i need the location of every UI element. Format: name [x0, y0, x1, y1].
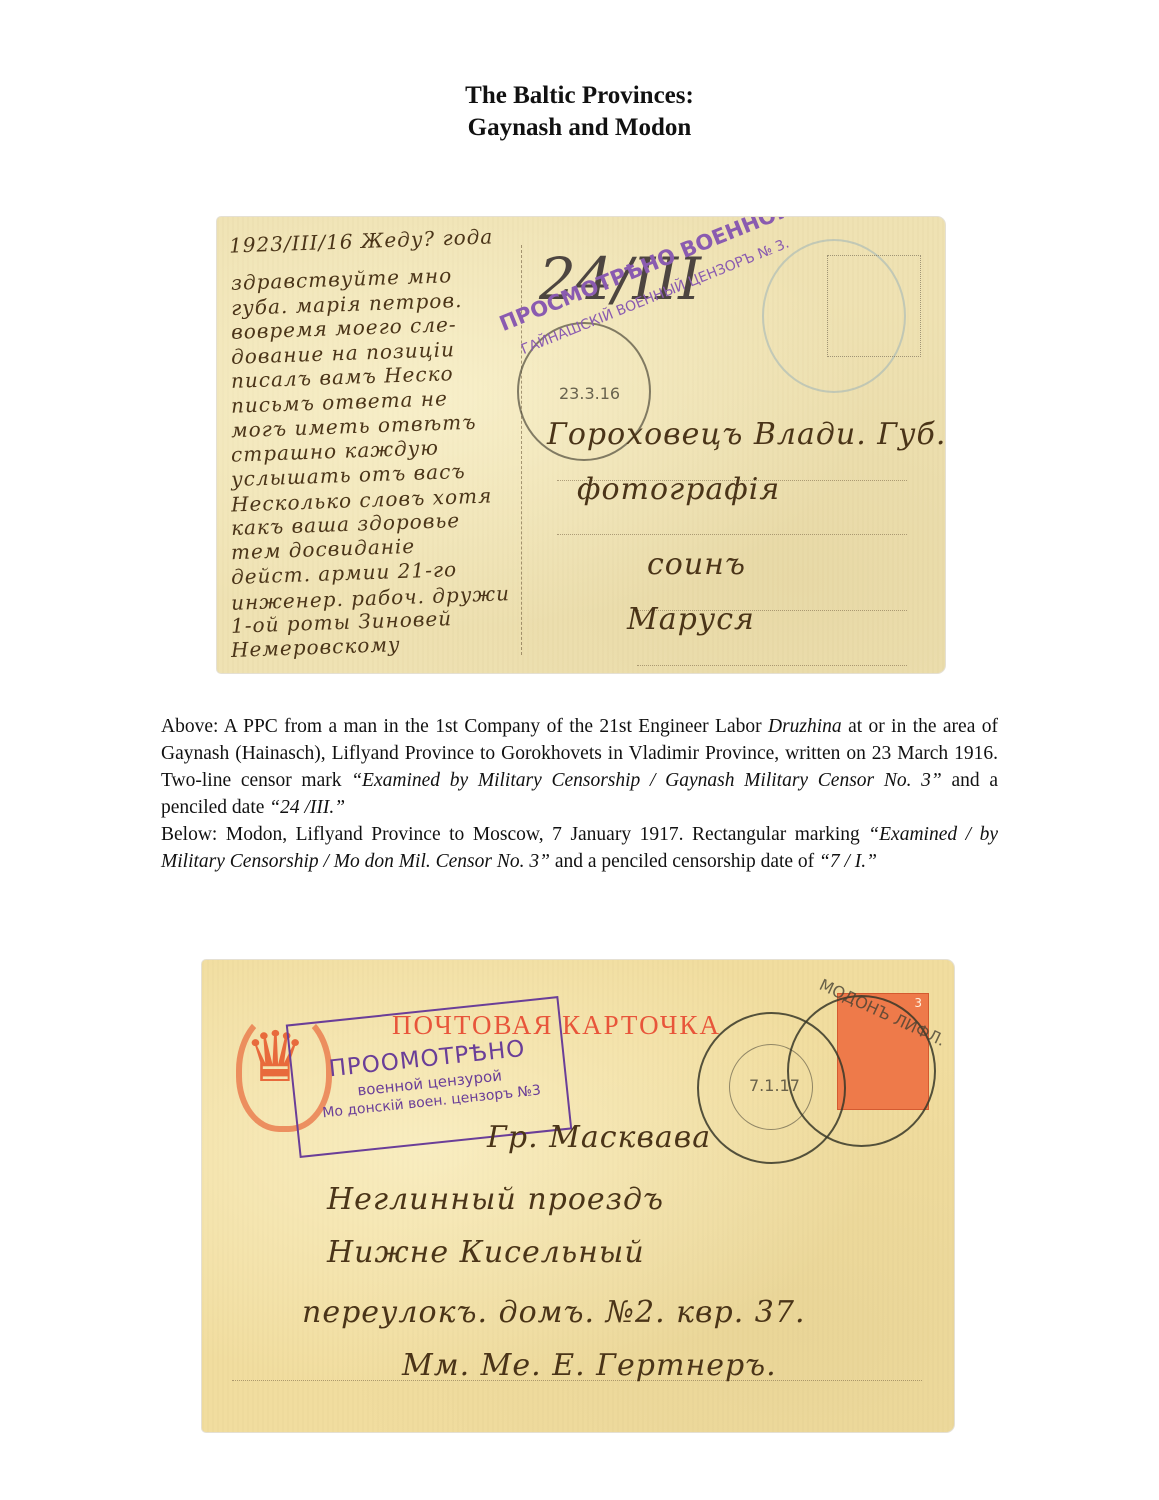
caption-above: Above: A PPC from a man in the 1st Compa…: [161, 713, 998, 821]
address-line: переулокъ. домъ. №2. квр. 37.: [302, 1295, 806, 1330]
page-title: The Baltic Provinces: Gaynash and Modon: [0, 80, 1159, 144]
address-rule: [637, 665, 907, 666]
address-line: соинъ: [647, 547, 746, 582]
address-line: Маруся: [627, 602, 755, 637]
caption: Above: A PPC from a man in the 1st Compa…: [161, 713, 998, 875]
address-line: Мм. Ме. Е. Гертнеръ.: [402, 1348, 777, 1383]
address-line: Нижне Кисельный: [327, 1235, 645, 1270]
caption-below: Below: Modon, Liflyand Province to Mosco…: [161, 821, 998, 875]
address-line: Гороховецъ Влади. Губ.: [547, 417, 945, 452]
address-line: Гр. Масквава: [487, 1120, 711, 1155]
postmark-circle-2: МОДОНЪ ЛИФЛ.: [787, 995, 936, 1147]
address-line: фотографія: [577, 472, 780, 507]
postcard-modon: ♛ ПОЧТОВАЯ КАРТОЧКА ПРООМОТРѢНО военной …: [202, 960, 954, 1432]
title-line-1: The Baltic Provinces:: [0, 80, 1159, 112]
message-line: 1923/III/16 Жеду? года: [229, 224, 494, 257]
title-line-2: Gaynash and Modon: [0, 112, 1159, 144]
stamp-value: 3: [914, 996, 922, 1010]
postmark-date: 23.3.16: [559, 384, 620, 403]
postcard-gaynash: 1923/III/16 Жеду? годаздравствуйте многу…: [217, 217, 945, 673]
stamp-placeholder: [827, 255, 921, 357]
address-rule: [557, 534, 907, 535]
address-line: Неглинный проездъ: [327, 1182, 664, 1217]
